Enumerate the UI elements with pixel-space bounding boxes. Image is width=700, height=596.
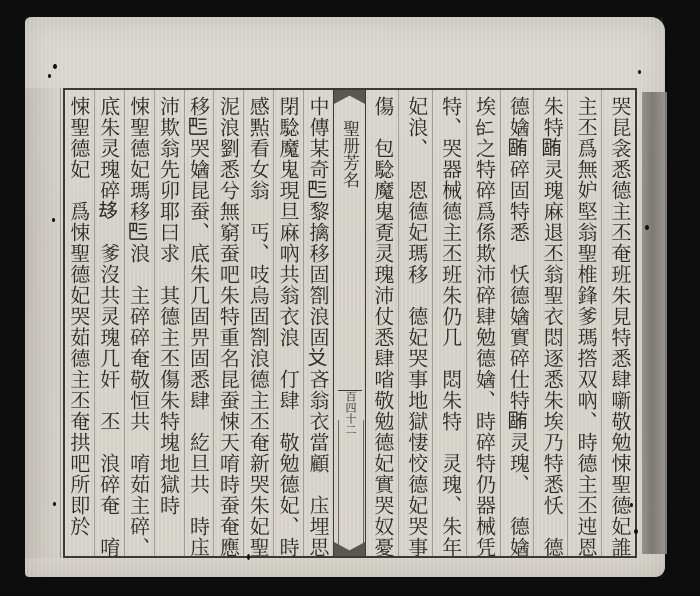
wormhole-mark <box>247 554 250 560</box>
page-margin-right-shadow <box>642 92 667 554</box>
text-column: 悚聖德妃瑪移𠀧浪𠸗主碎碎奄敬恒共𧦕唷茹主碎、朱年寬主碎渚 <box>124 90 154 556</box>
wormhole-mark <box>645 225 649 230</box>
text-column: 悚聖德妃𡗶爲悚聖德妃哭茹德主丕奄拱吧所即於𠊛世間底欺𢂎 <box>65 90 94 556</box>
fishtail-top-mark <box>334 90 365 104</box>
wormhole-mark <box>53 502 56 506</box>
wormhole-mark <box>638 70 641 74</box>
text-column: 移𠀧哭㜝昆蚕、底朱几固畀固悉肆𦋦紇旦共𢂎時庒兮沛𤶐魔鬼格 <box>184 90 214 556</box>
right-half-page: 哭昆衾悉德主丕奄班朱見特悉肆噺敬勉悚聖德妃誰哭見沛謝恩德 主丕爲無妒堅翁聖椎鋒爹… <box>365 90 635 556</box>
page-margin-left <box>25 88 61 558</box>
text-column: 感㸃看女翁𤀗丐、吱烏固劄浪德主丕奄新哭朱妃聖歆些移那吹𦑃 <box>243 90 273 556</box>
text-column: 閉騐魔鬼現旦麻吶共翁衣浪𥚄仃肆𧦕敬勉德妃、時𡗶拱仕退庒群 <box>273 90 303 556</box>
wormhole-mark <box>53 64 57 69</box>
text-column: 主丕爲無妒堅翁聖椎鋒爹瑪撘双吶、時德主丕迍恩衣朱仍几𢂎拯 <box>567 90 601 556</box>
text-column: 朱特𣎏灵瑰麻退丕翁聖衣悶逐悉朱埃乃特悉㤇𢚸德妃時𡗶浪𦋦 <box>533 90 567 556</box>
text-column: 德㜝𣎏碎固特悉𢚸㤇德㜝實碎仕特𣎏灵瑰、𥪞德㜝𡢐道兵域碎時 <box>500 90 534 556</box>
text-column: 妃浪、𠸗恩德妃瑪移𠀧德妃哭事地獄悽恔德妃哭事几固道𢚸㤇麻 <box>398 90 432 556</box>
center-gutter: 聖册芳名 百四十二 <box>333 90 366 556</box>
text-column: 埃𠄩之特碎爲係欺沛碎肆勉德㜝、時碎特仍器械凭𥿗魔鬼打庒吏 <box>466 90 500 556</box>
left-half-page: 中傳某奇𠀧黎擒移固劄浪固𠬠吝翁衣當顧𥛭庒埋思想術事浮浿 閉騐魔鬼現旦麻吶共翁衣浪… <box>65 90 333 556</box>
page-number-rule <box>338 420 364 546</box>
text-frame: 哭昆衾悉德主丕奄班朱見特悉肆噺敬勉悚聖德妃誰哭見沛謝恩德 主丕爲無妒堅翁聖椎鋒爹… <box>63 88 637 558</box>
text-column: 特、哭器械德主丕班朱仍几𢂎悶朱特𣎏灵瑰、朱年翁奴哭吱逆𠫾其德 <box>432 90 466 556</box>
text-column: 泥浪劉悉兮無窮蚕吧朱特重名昆蚕悚天唷時蚕奄應班恩盈朱瑪 <box>213 90 243 556</box>
wormhole-mark <box>52 218 55 222</box>
book-title: 聖册芳名 <box>334 120 365 188</box>
wormhole-mark <box>634 529 638 534</box>
text-column: 沛欺翁先卯耶曰求𥊚其德主丕傷朱特塊地獄時𢂎𦇒命固悉敬勉 <box>154 90 184 556</box>
wormhole-mark <box>48 74 51 78</box>
text-column: 中傳某奇𠀧黎擒移固劄浪固𠬠吝翁衣當顧𥛭庒埋思想術事浮浿 <box>303 90 333 556</box>
wormhole-mark <box>630 503 633 507</box>
text-column: 哭昆衾悉德主丕奄班朱見特悉肆噺敬勉悚聖德妃誰哭見沛謝恩德 <box>601 90 635 556</box>
text-column: 底朱灵瑰碎𠫾𡗉爹沒共灵瑰几奸𠀲丕𡐙浪碎奄𧦕唷茹主碎、時𤓢 <box>94 90 124 556</box>
text-column: 傷𧵑包騐魔鬼覔灵瑰沛仗悉肆㗂敬勉德妃實哭奴憂慮别哭澄苘 <box>365 90 398 556</box>
